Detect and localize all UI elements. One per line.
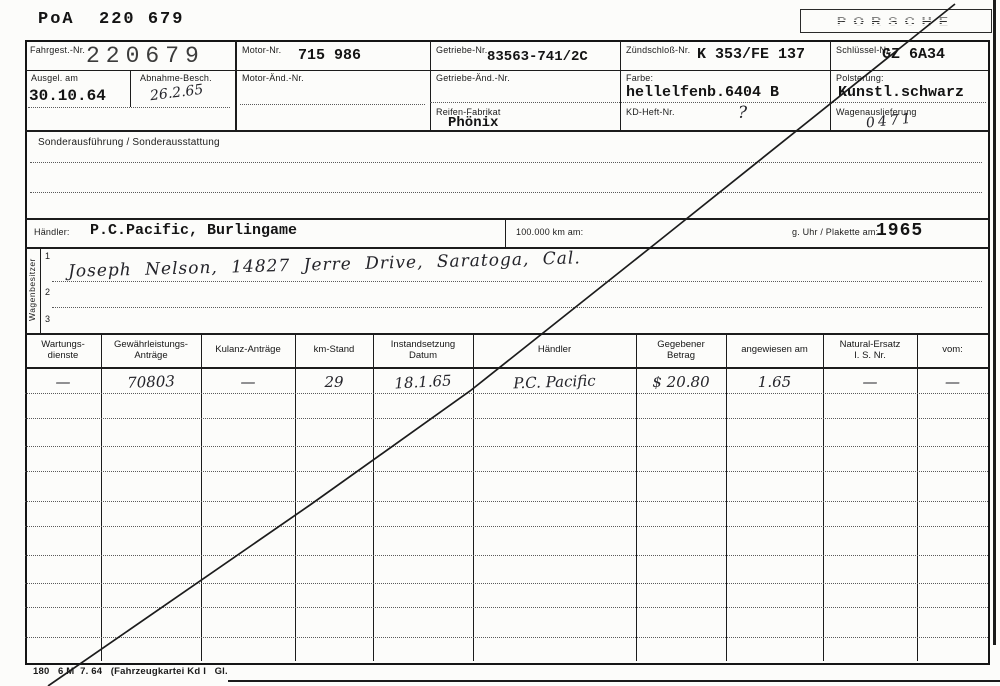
table-header-border: [25, 367, 988, 369]
porsche-logo-text: PORSCHE: [837, 14, 955, 28]
row-cell-angewiesen: 1.65: [726, 371, 823, 393]
table-row-rule: [25, 526, 988, 527]
col-header-vom: vom:: [917, 335, 988, 365]
row-cell-kulanz: —: [201, 371, 295, 393]
blank-dotted-line: [30, 192, 982, 193]
owner-side-label: Wagenbesitzer: [27, 249, 40, 331]
grid-dotted-line: [430, 102, 986, 103]
table-row-rule: [25, 471, 988, 472]
clock-badge-label: g. Uhr / Plakette am:: [792, 227, 878, 237]
col-header-instandsetzung: Instandsetzung Datum: [373, 335, 473, 365]
grid-line: [235, 40, 237, 130]
upholstery-label: Polsterung:: [836, 73, 884, 83]
chassis-number-value: 220679: [86, 43, 205, 69]
owner-line-1-rule: [52, 281, 982, 282]
table-row-rule: [25, 555, 988, 556]
ignition-lock-label: Zündschloß-Nr.: [626, 45, 690, 55]
form-footer: 180 6 M 7. 64 (Fahrzeugkartei Kd I Gl.: [33, 666, 228, 677]
table-row-rule: [25, 607, 988, 608]
kd-booklet-value: ?: [738, 103, 747, 123]
km-100000-label: 100.000 km am:: [516, 227, 583, 237]
clock-badge-value: 1965: [876, 221, 923, 241]
issued-on-label: Ausgel. am: [31, 73, 78, 83]
col-header-natural-ersatz: Natural-Ersatz I. S. Nr.: [823, 335, 917, 365]
row-cell-km: 29: [295, 371, 373, 393]
table-row-rule: [25, 393, 988, 394]
col-header-haendler: Händler: [473, 335, 636, 365]
blank-dotted-line: [30, 162, 982, 163]
color-label: Farbe:: [626, 73, 653, 83]
vehicle-record-card: PoA 220 679 PORSCHE Fahrgest.-Nr. 220679…: [0, 0, 1000, 686]
row-cell-natural: —: [823, 371, 917, 393]
col-header-wartungsdienste: Wartungs- dienste: [25, 335, 101, 365]
scan-edge-right: [993, 0, 996, 645]
col-header-angewiesen: angewiesen am: [726, 335, 823, 365]
engine-mod-number-label: Motor-Änd.-Nr.: [242, 73, 304, 83]
col-header-betrag: Gegebener Betrag: [636, 335, 726, 365]
row-cell-betrag: $ 20.80: [636, 371, 726, 393]
owner-line-2-rule: [52, 307, 982, 308]
table-row-rule: [25, 583, 988, 584]
table-row-rule: [25, 637, 988, 638]
owner-line-1-number: 1: [45, 251, 50, 261]
gearbox-number-value: 83563-741/2C: [487, 49, 588, 65]
grid-line: [25, 70, 988, 71]
grid-line: [40, 247, 41, 333]
row-cell-vom: —: [917, 371, 988, 393]
scan-edge-bottom: [228, 680, 1000, 682]
col-header-kulanz: Kulanz-Anträge: [201, 335, 295, 365]
grid-line: [130, 70, 131, 107]
col-header-km-stand: km-Stand: [295, 335, 373, 365]
gearbox-mod-number-label: Getriebe-Änd.-Nr.: [436, 73, 510, 83]
upholstery-value: Kunstl.schwarz: [838, 84, 964, 101]
table-row-rule: [25, 446, 988, 447]
kd-booklet-label: KD-Heft-Nr.: [626, 107, 675, 117]
owner-line-2-number: 2: [45, 287, 50, 297]
key-number-value: GZ 6A34: [882, 46, 945, 63]
grid-line: [430, 40, 431, 130]
section-divider: [25, 247, 988, 249]
engine-number-label: Motor-Nr.: [242, 45, 281, 55]
table-row-rule: [25, 418, 988, 419]
tire-brand-value: Phönix: [448, 115, 498, 131]
color-value: hellelfenb.6404 B: [626, 84, 779, 101]
gearbox-number-label: Getriebe-Nr.: [436, 45, 487, 55]
section-divider: [25, 218, 988, 220]
dealer-label: Händler:: [34, 227, 70, 237]
special-equipment-label: Sonderausführung / Sonderausstattung: [38, 137, 220, 148]
grid-dotted-line: [240, 104, 425, 105]
issued-on-value: 30.10.64: [29, 87, 106, 105]
row-cell-gewaehrleistung: 70803: [101, 369, 202, 394]
card-number: PoA 220 679: [38, 10, 184, 29]
chassis-number-label: Fahrgest.-Nr.: [30, 45, 85, 55]
dealer-value: P.C.Pacific, Burlingame: [90, 222, 297, 239]
grid-dotted-line: [28, 107, 230, 108]
porsche-logo: PORSCHE: [800, 9, 992, 33]
col-header-gewaehrleistung: Gewährleistungs- Anträge: [101, 335, 201, 365]
ignition-lock-value: K 353/FE 137: [697, 46, 805, 63]
grid-line: [620, 40, 621, 130]
table-row-rule: [25, 501, 988, 502]
section-divider: [25, 130, 988, 132]
engine-number-value: 715 986: [298, 47, 361, 64]
row-cell-wartung: —: [25, 371, 101, 393]
grid-line: [505, 218, 506, 247]
grid-line: [830, 40, 831, 130]
owner-line-3-number: 3: [45, 314, 50, 324]
